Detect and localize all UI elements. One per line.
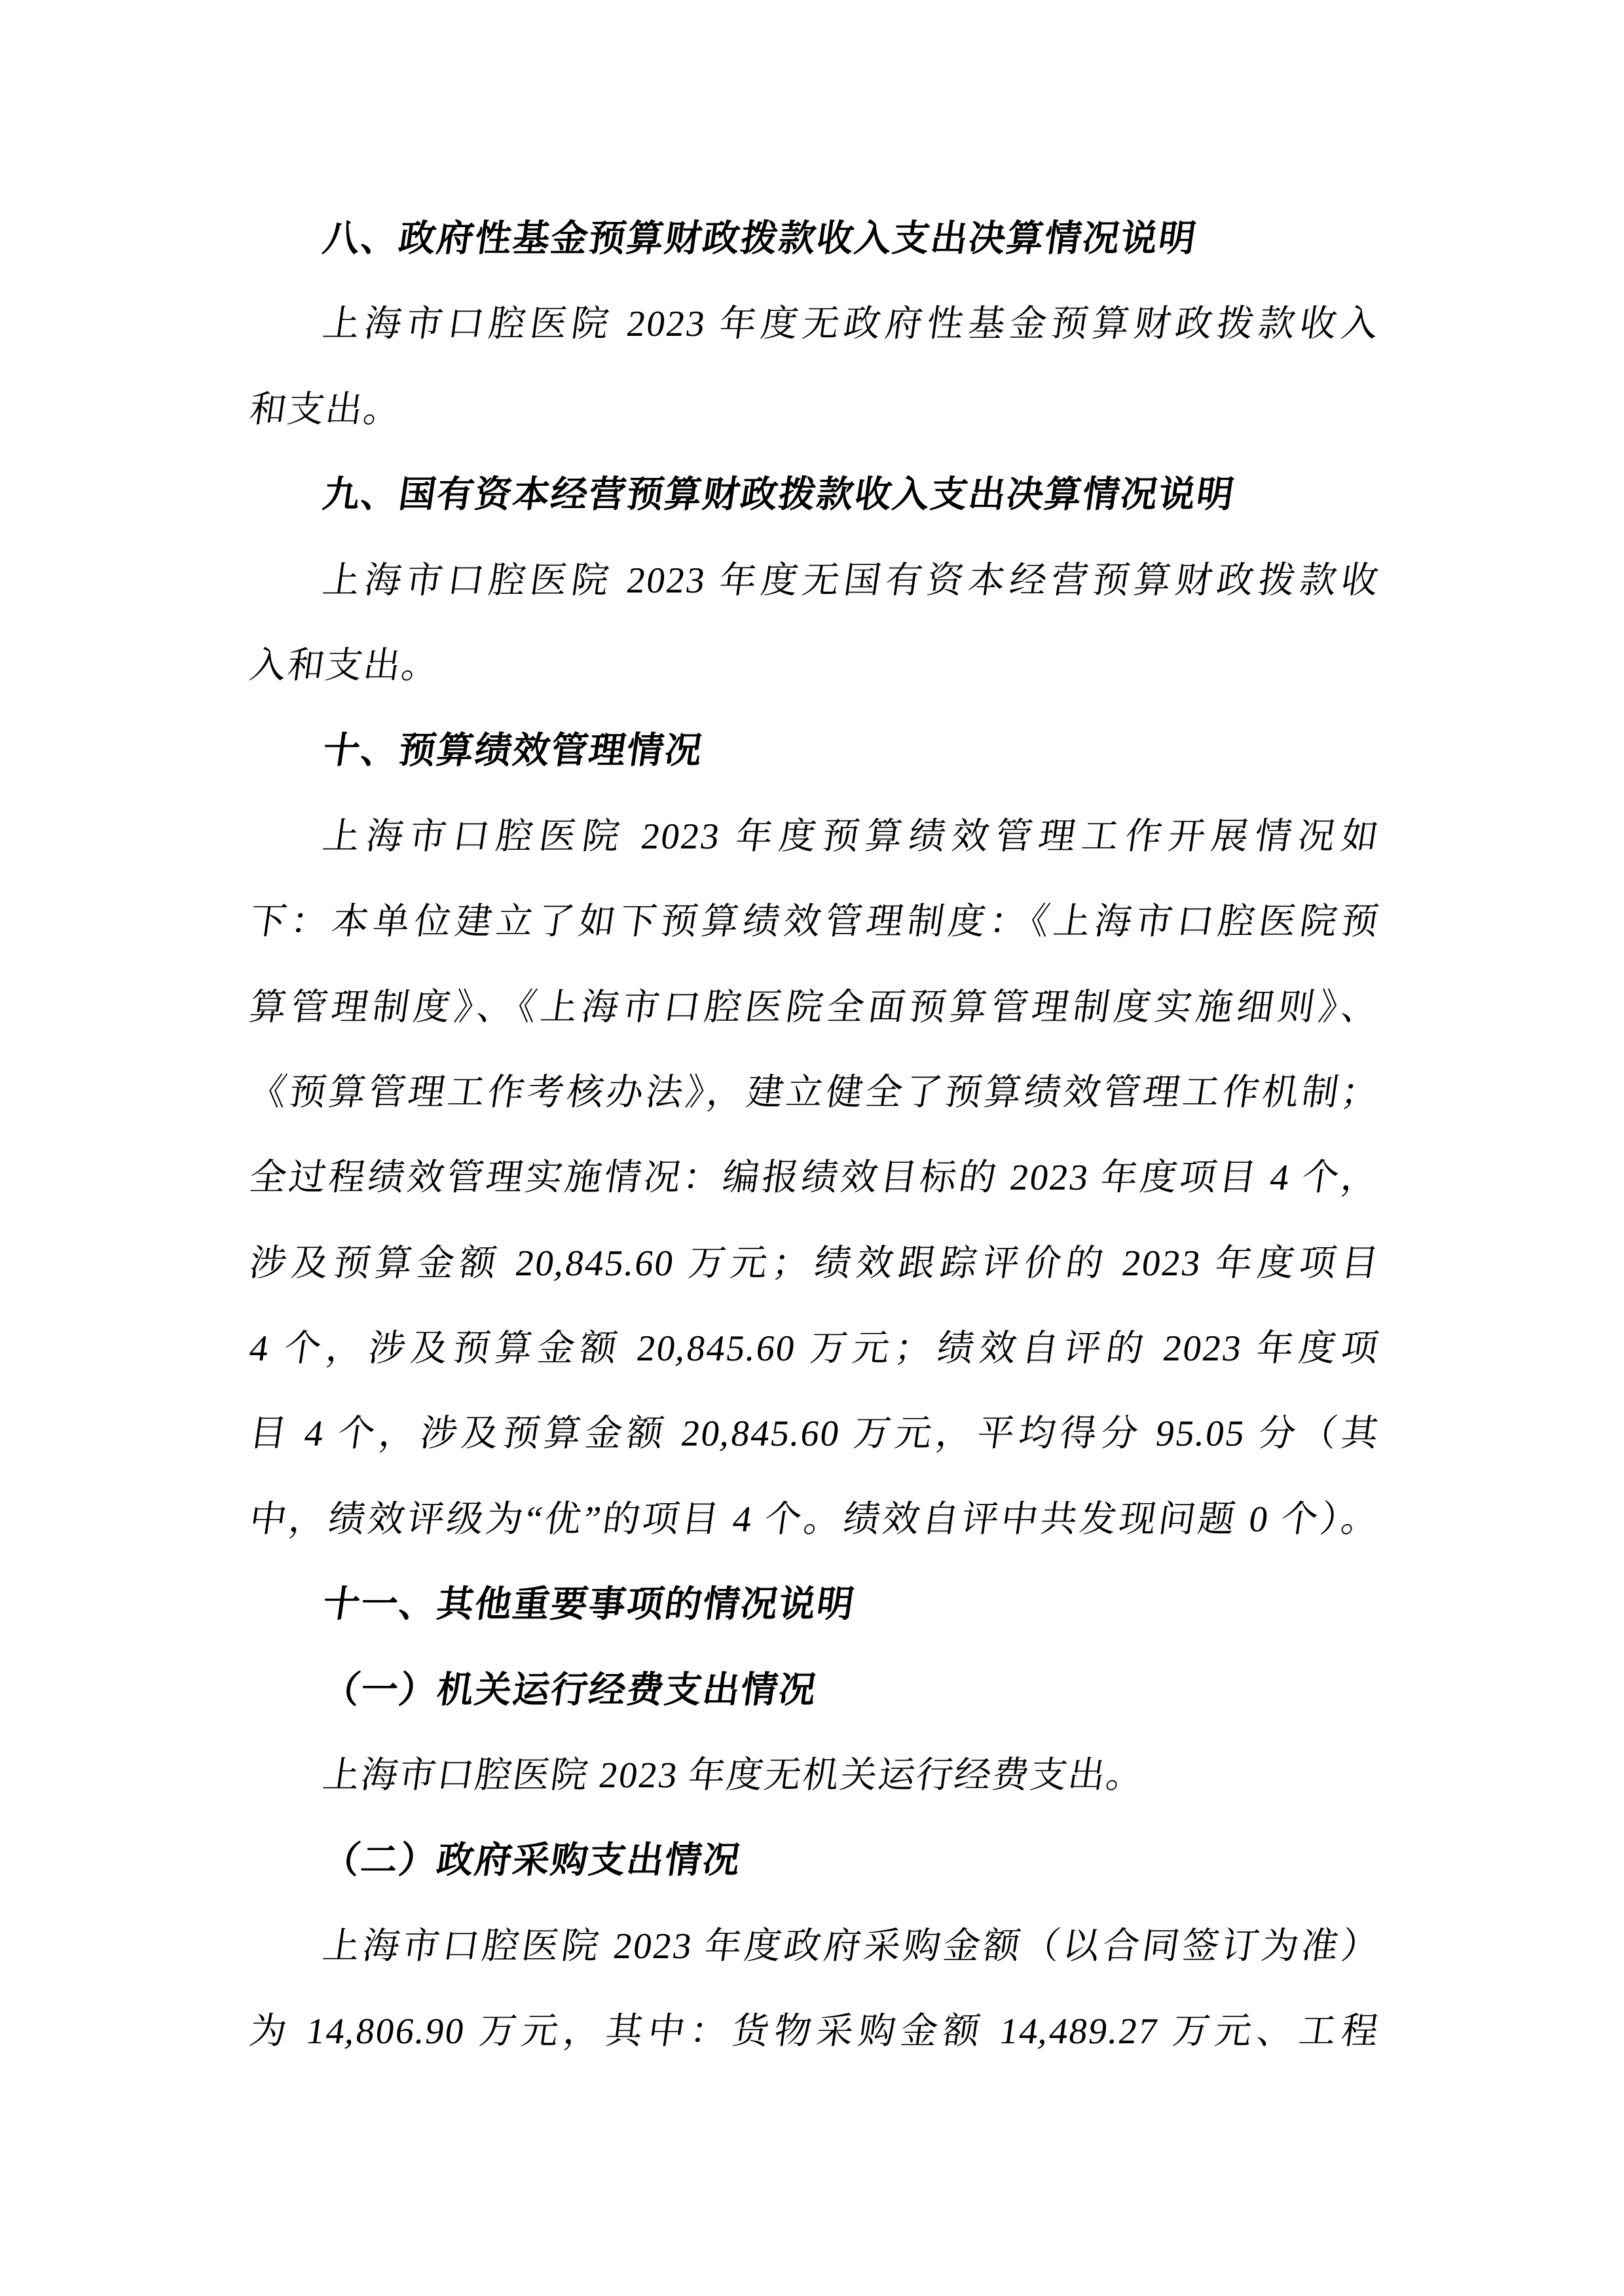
paragraph-line: 上海市口腔医院 2023 年度政府采购金额（以合同签订为准） [244,1904,1385,1989]
paragraph-line: 上海市口腔医院 2023 年度无国有资本经营预算财政拨款收 [244,538,1385,623]
section-heading: 九、国有资本经营预算财政拨款收入支出决算情况说明 [244,452,1385,538]
paragraph-line: 4 个，涉及预算金额 20,845.60 万元；绩效自评的 2023 年度项 [244,1306,1385,1391]
paragraph-line: 下：本单位建立了如下预算绩效管理制度：《上海市口腔医院预 [244,879,1385,964]
paragraph-line: 涉及预算金额 20,845.60 万元；绩效跟踪评价的 2023 年度项目 [244,1221,1385,1306]
document-page: 八、政府性基金预算财政拨款收入支出决算情况说明上海市口腔医院 2023 年度无政… [0,0,1624,2296]
paragraph-line: 为 14,806.90 万元，其中：货物采购金额 14,489.27 万元、工程 [244,1989,1385,2074]
paragraph-line: 目 4 个，涉及预算金额 20,845.60 万元，平均得分 95.05 分（其 [244,1391,1385,1476]
paragraph-line: 上海市口腔医院 2023 年度无政府性基金预算财政拨款收入 [244,282,1385,367]
paragraph-line: 上海市口腔医院 2023 年度预算绩效管理工作开展情况如 [244,794,1385,879]
paragraph-line: 上海市口腔医院 2023 年度无机关运行经费支出。 [244,1733,1385,1818]
paragraph-line: 全过程绩效管理实施情况：编报绩效目标的 2023 年度项目 4 个， [244,1135,1385,1220]
paragraph-line: 入和支出。 [244,623,1385,708]
section-heading: 十、预算绩效管理情况 [244,708,1385,793]
paragraph-line: 《预算管理工作考核办法》，建立健全了预算绩效管理工作机制； [244,1050,1385,1135]
paragraph-line: 中，绩效评级为“优”的项目 4 个。绩效自评中共发现问题 0 个）。 [244,1477,1385,1562]
section-heading: （一）机关运行经费支出情况 [244,1648,1385,1733]
section-heading: 八、政府性基金预算财政拨款收入支出决算情况说明 [244,196,1385,282]
section-heading: （二）政府采购支出情况 [244,1818,1385,1903]
paragraph-line: 和支出。 [244,367,1385,452]
page-content: 八、政府性基金预算财政拨款收入支出决算情况说明上海市口腔医院 2023 年度无政… [246,196,1375,2075]
section-heading: 十一、其他重要事项的情况说明 [244,1562,1385,1647]
paragraph-line: 算管理制度》、《上海市口腔医院全面预算管理制度实施细则》、 [244,965,1385,1050]
